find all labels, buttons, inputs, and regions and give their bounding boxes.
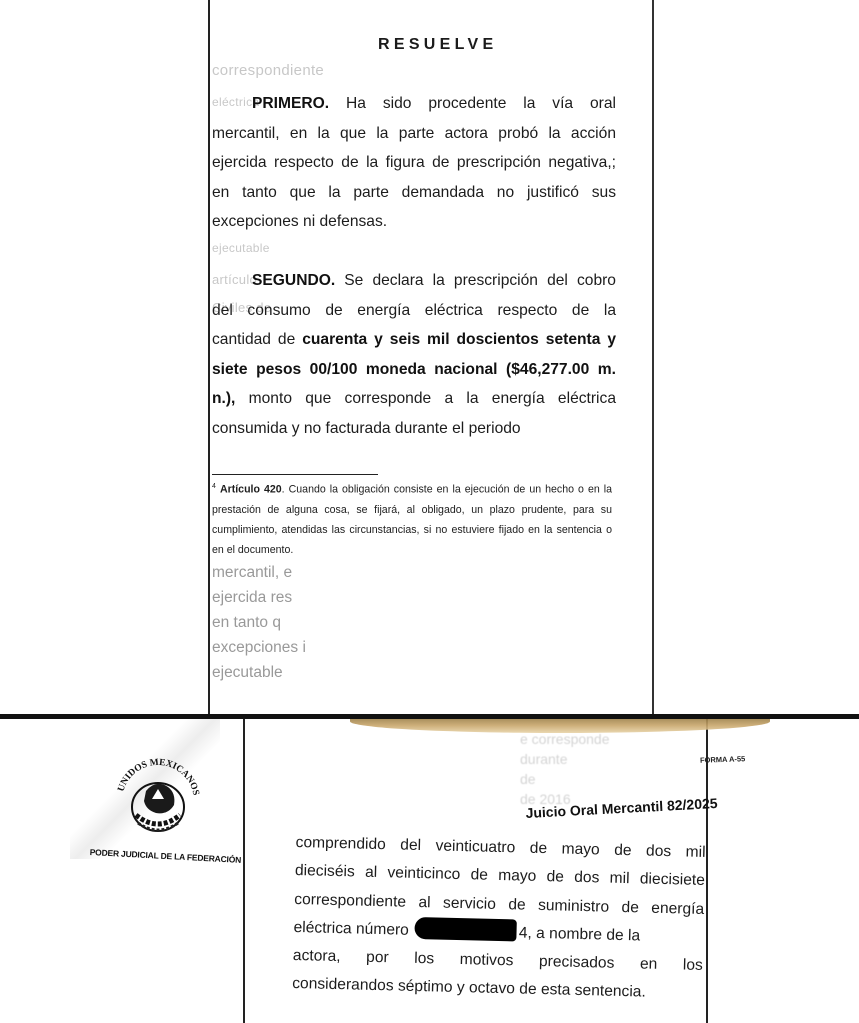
footnote-divider xyxy=(212,474,378,475)
segundo-line: Se declara la prescripción del cobro xyxy=(344,272,616,289)
amount-in-words: siete pesos 00/100 moneda nacional ($46,… xyxy=(212,361,616,378)
segundo-line: monto que corresponde a la energía eléct… xyxy=(235,390,616,407)
primero-label: PRIMERO. xyxy=(252,95,329,112)
footnote: 4 Artículo 420. Cuando la obligación con… xyxy=(212,477,612,560)
faded-line: ejercida res xyxy=(212,585,332,610)
primero-line: mercantil, en la que la parte actora pro… xyxy=(212,119,616,149)
segundo-line: del consumo de energía eléctrica respect… xyxy=(212,296,616,326)
amount-suffix: n.), xyxy=(212,390,235,407)
bleed-through-text: correspondiente xyxy=(212,62,324,79)
margin-rule-right xyxy=(652,0,654,714)
faded-line: ejecutable xyxy=(212,660,332,685)
footnote-article: Artículo 420 xyxy=(220,484,282,496)
faded-line: mercantil, e xyxy=(212,560,332,585)
faded-line: excepciones i xyxy=(212,635,332,660)
faded-bleed-through: mercantil, e ejercida res en tanto q exc… xyxy=(212,560,332,685)
bottom-page: e corresponde durante de de 2016 UNIDOS … xyxy=(0,719,859,1023)
segundo-line: consumida y no facturada durante el peri… xyxy=(212,414,616,444)
segundo-label: SEGUNDO. xyxy=(252,272,335,289)
redaction-block xyxy=(415,917,518,941)
margin-rule-left xyxy=(243,719,245,1023)
amount-in-words: cuarenta y seis mil doscientos setenta y xyxy=(302,331,616,348)
bleed-through-text: ejecutable xyxy=(212,241,270,255)
resolutive-point-segundo: SEGUNDO. Se declara la prescripción del … xyxy=(212,266,616,443)
primero-line: ejercida respecto de la figura de prescr… xyxy=(212,148,616,178)
primero-line: Ha sido procedente la vía oral xyxy=(346,95,616,112)
form-code: FORMA A-55 xyxy=(700,754,746,765)
segundo-line: cantidad de xyxy=(212,331,302,348)
footnote-number: 4 xyxy=(212,483,216,490)
national-coat-of-arms-icon: UNIDOS MEXICANOS xyxy=(108,749,208,849)
continued-resolution-text: comprendido del veinticuatro de mayo de … xyxy=(292,829,706,1009)
margin-rule-left xyxy=(208,0,210,714)
primero-line: en tanto que la parte demandada no justi… xyxy=(212,178,616,208)
faded-line: en tanto q xyxy=(212,610,332,635)
resolutive-point-primero: PRIMERO. Ha sido procedente la vía oral … xyxy=(212,89,616,237)
primero-line: excepciones ni defensas. xyxy=(212,207,616,237)
top-page: correspondiente eléctrica ejecutable art… xyxy=(0,0,859,714)
section-heading-resuelve: RESUELVE xyxy=(378,36,497,54)
